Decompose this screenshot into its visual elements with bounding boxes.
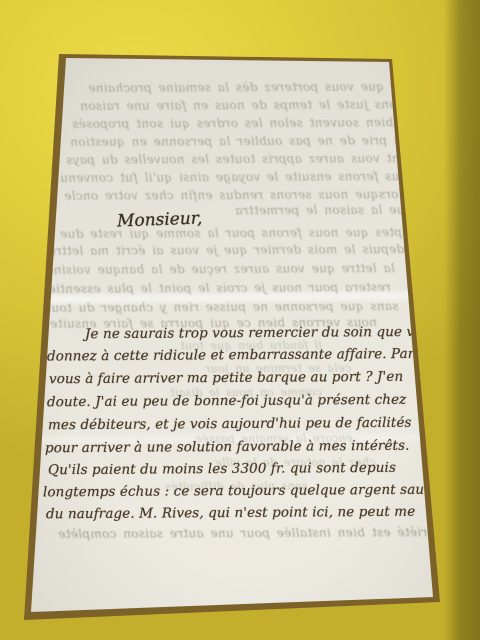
bleedthrough-line: sans que personne ne puisse rien y chang…: [46, 299, 399, 315]
background-shadow-strip: [444, 0, 480, 640]
bleedthrough-line: nous ferons ensuite le voyage ainsi qu'i…: [60, 169, 415, 185]
bleedthrough-line: depuis le mois dernier que je vous ai éc…: [48, 242, 404, 258]
letter-line: longtemps échus : ce sera toujours quelq…: [43, 482, 440, 501]
photo-background: dans ce courrier que vous porterez dès l…: [0, 0, 480, 640]
bleedthrough-line: dans ce courrier que vous porterez dès l…: [88, 79, 480, 95]
bleedthrough-line: comptes que nous ferons pour la somme qu…: [60, 225, 428, 241]
letter-paper: dans ce courrier que vous porterez dès l…: [0, 0, 480, 640]
letter-line: mes débiteurs, et je vois aujourd'hui pe…: [48, 415, 412, 434]
bleedthrough-line: nous aurons juste le temps de nous en fa…: [80, 97, 455, 113]
bleedthrough-line: cela sera bien souvent selon les ordres …: [72, 115, 460, 131]
letter-line: Qu'ils paient du moins les 3300 fr. qui …: [48, 460, 396, 478]
bleedthrough-line: sa propriété est bien installée pour une…: [58, 525, 477, 541]
bleedthrough-line: dont vous aurez appris toutes les nouvel…: [66, 151, 415, 167]
letter-line: Je ne saurais trop vous remercier du soi…: [85, 324, 438, 342]
bleedthrough-line: restera pour nous je crois le point le p…: [44, 280, 391, 296]
letter-line: doute. J'ai eu peu de bonne-foi jusqu'à …: [47, 392, 406, 411]
letter-line: vous à faire arriver ma petite barque au…: [49, 369, 403, 387]
letter-line: du naufrage. M. Rives, qui n'est point i…: [46, 504, 415, 523]
bleedthrough-line: lorsque nous serons rendus enfin chez vo…: [64, 187, 403, 203]
letter-line: pour arriver à une solution favorable à …: [45, 438, 410, 457]
bleedthrough-line: et je vous prie de ne pas oublier la per…: [70, 133, 460, 149]
bleedthrough-line: la lettre que vous aurez reçue de la ban…: [46, 261, 395, 277]
